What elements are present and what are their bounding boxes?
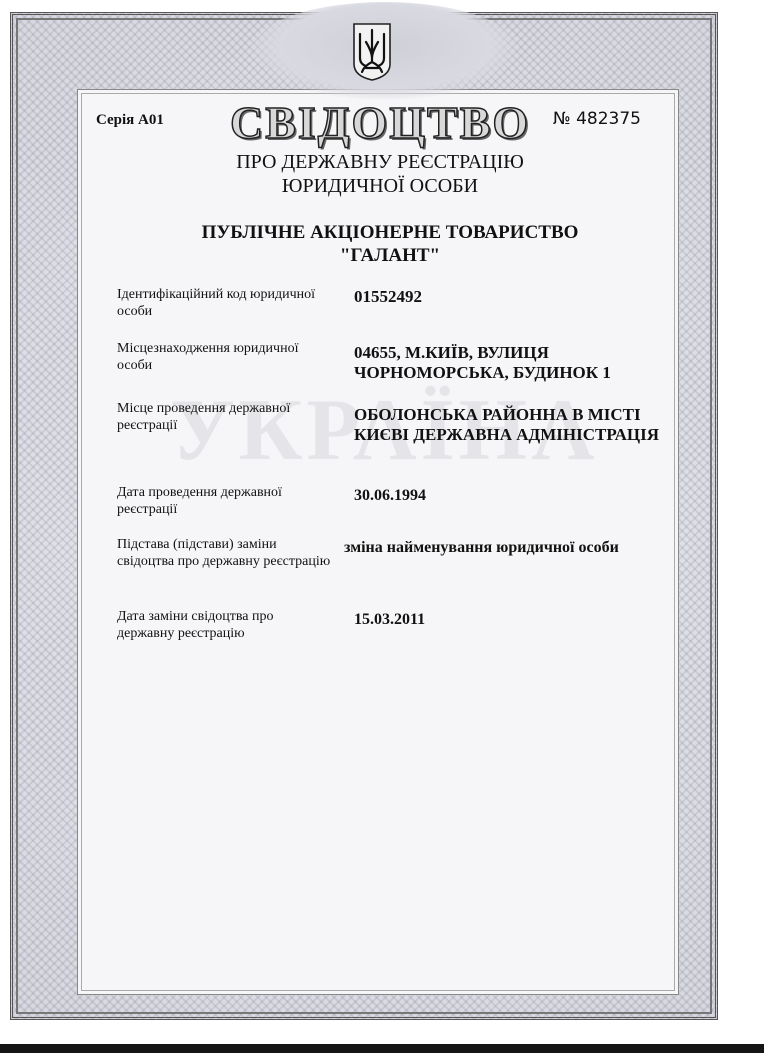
certificate-number: № 482375 <box>553 109 641 129</box>
company-name-line-1: ПУБЛІЧНЕ АКЦІОНЕРНЕ ТОВАРИСТВО <box>100 221 680 244</box>
field-label: Місцезнаходження юридичної особи <box>117 340 332 374</box>
field-value: 01552492 <box>354 287 684 307</box>
document-title: СВІДОЦТВО <box>230 96 520 149</box>
subtitle-line-1: ПРО ДЕРЖАВНУ РЕЄСТРАЦІЮ <box>140 150 620 174</box>
field-value: ОБОЛОНСЬКА РАЙОННА В МІСТІ КИЄВІ ДЕРЖАВН… <box>354 405 684 445</box>
field-value: 04655, М.КИЇВ, ВУЛИЦЯ ЧОРНОМОРСЬКА, БУДИ… <box>354 343 684 383</box>
field-label: Підстава (підстави) заміни свідоцтва про… <box>117 536 332 570</box>
trident-coat-of-arms-icon <box>352 22 392 82</box>
field-value: зміна найменування юридичної особи <box>344 538 684 558</box>
field-label: Дата проведення державної реєстрації <box>117 484 332 518</box>
company-name-line-2: "ГАЛАНТ" <box>100 244 680 267</box>
field-label: Ідентифікаційний код юридичної особи <box>117 286 332 320</box>
field-label: Дата заміни свідоцтва про державну реєст… <box>117 608 332 642</box>
document-subtitle: ПРО ДЕРЖАВНУ РЕЄСТРАЦІЮ ЮРИДИЧНОЇ ОСОБИ <box>140 150 620 198</box>
subtitle-line-2: ЮРИДИЧНОЇ ОСОБИ <box>140 174 620 198</box>
field-value: 15.03.2011 <box>354 610 684 630</box>
series-label: Серія А01 <box>96 112 164 129</box>
field-label: Місце проведення державної реєстрації <box>117 400 332 434</box>
company-name: ПУБЛІЧНЕ АКЦІОНЕРНЕ ТОВАРИСТВО "ГАЛАНТ" <box>100 221 680 267</box>
scan-edge-shadow <box>0 1044 764 1053</box>
field-value: 30.06.1994 <box>354 486 684 506</box>
